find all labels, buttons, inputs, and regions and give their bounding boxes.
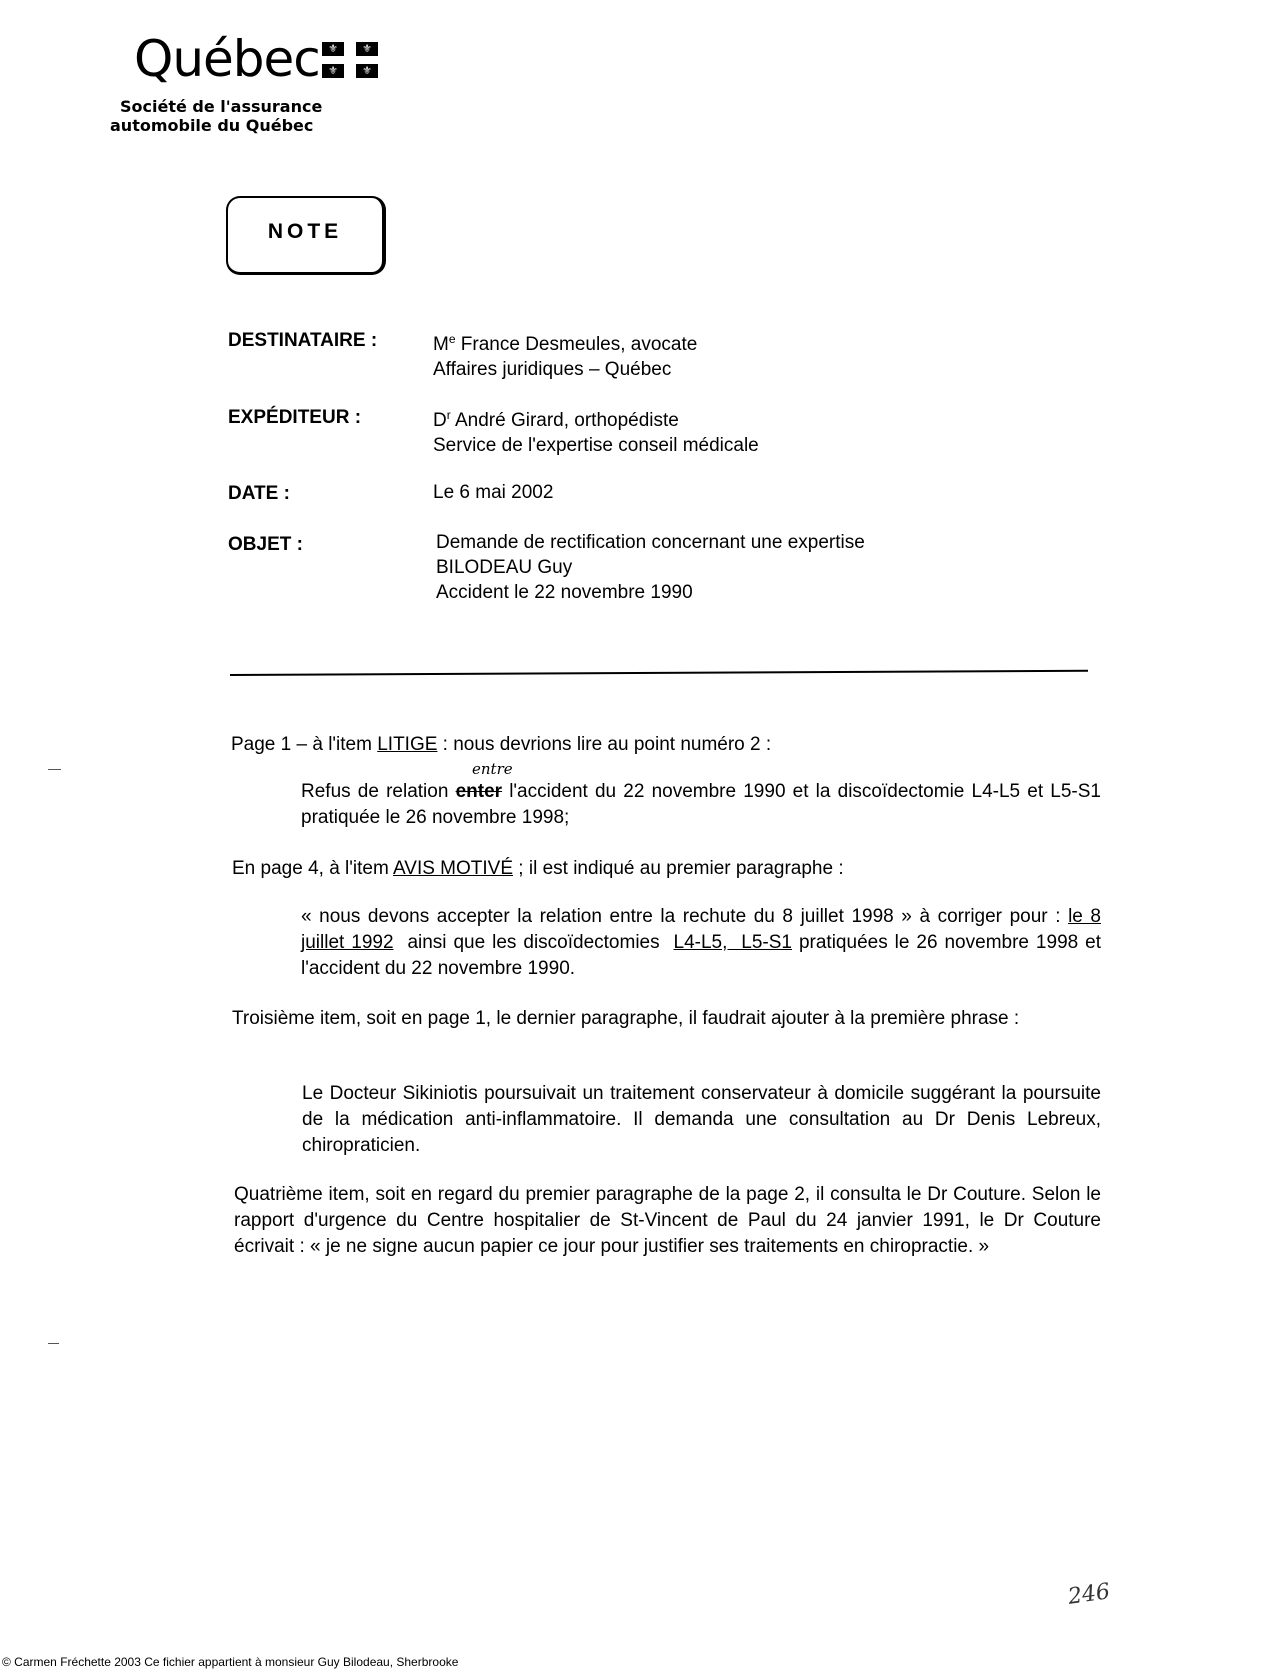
quebec-flag-logo: ⚜ ⚜ ⚜ ⚜	[322, 42, 380, 82]
paragraph-litige: Page 1 – à l'item LITIGE : nous devrions…	[231, 732, 1091, 758]
handwritten-page-number: 246	[1066, 1579, 1111, 1610]
fleur-de-lis-icon: ⚜	[356, 64, 378, 78]
sender-label: EXPÉDITEUR :	[228, 407, 361, 429]
fleur-de-lis-icon: ⚜	[322, 42, 344, 56]
organization-name-line2: automobile du Québec	[110, 116, 313, 135]
organization-name-line1: Société de l'assurance	[120, 97, 322, 116]
subject-label: OBJET :	[228, 534, 303, 556]
sender-value: Dr André Girard, orthopédiste Service de…	[433, 403, 759, 458]
scan-mark	[48, 1343, 59, 1344]
copyright-footer: © Carmen Fréchette 2003 Ce fichier appar…	[2, 1655, 458, 1669]
quote-litige: Refus de relation enter l'accident du 22…	[301, 779, 1101, 831]
paragraph-avis-motive: En page 4, à l'item AVIS MOTIVÉ ; il est…	[232, 856, 1092, 882]
quote-avis-motive: « nous devons accepter la relation entre…	[301, 904, 1101, 982]
subject-value: Demande de rectification concernant une …	[436, 530, 865, 605]
note-title-box: NOTE	[226, 196, 386, 275]
recipient-label: DESTINATAIRE :	[228, 330, 377, 352]
date-label: DATE :	[228, 483, 290, 505]
quebec-wordmark: Québec	[134, 34, 320, 84]
scan-mark	[48, 769, 61, 770]
handwritten-correction: entre	[472, 760, 513, 778]
paragraph-troisieme-item: Troisième item, soit en page 1, le derni…	[232, 1006, 1101, 1032]
note-title: NOTE	[228, 220, 382, 244]
fleur-de-lis-icon: ⚜	[322, 64, 344, 78]
recipient-value: Me France Desmeules, avocate Affaires ju…	[433, 327, 697, 382]
separator-line	[230, 670, 1088, 676]
quote-troisieme-item: Le Docteur Sikiniotis poursuivait un tra…	[302, 1081, 1101, 1159]
fleur-de-lis-icon: ⚜	[356, 42, 378, 56]
date-value: Le 6 mai 2002	[433, 480, 553, 505]
paragraph-quatrieme-item: Quatrième item, soit en regard du premie…	[234, 1182, 1101, 1260]
